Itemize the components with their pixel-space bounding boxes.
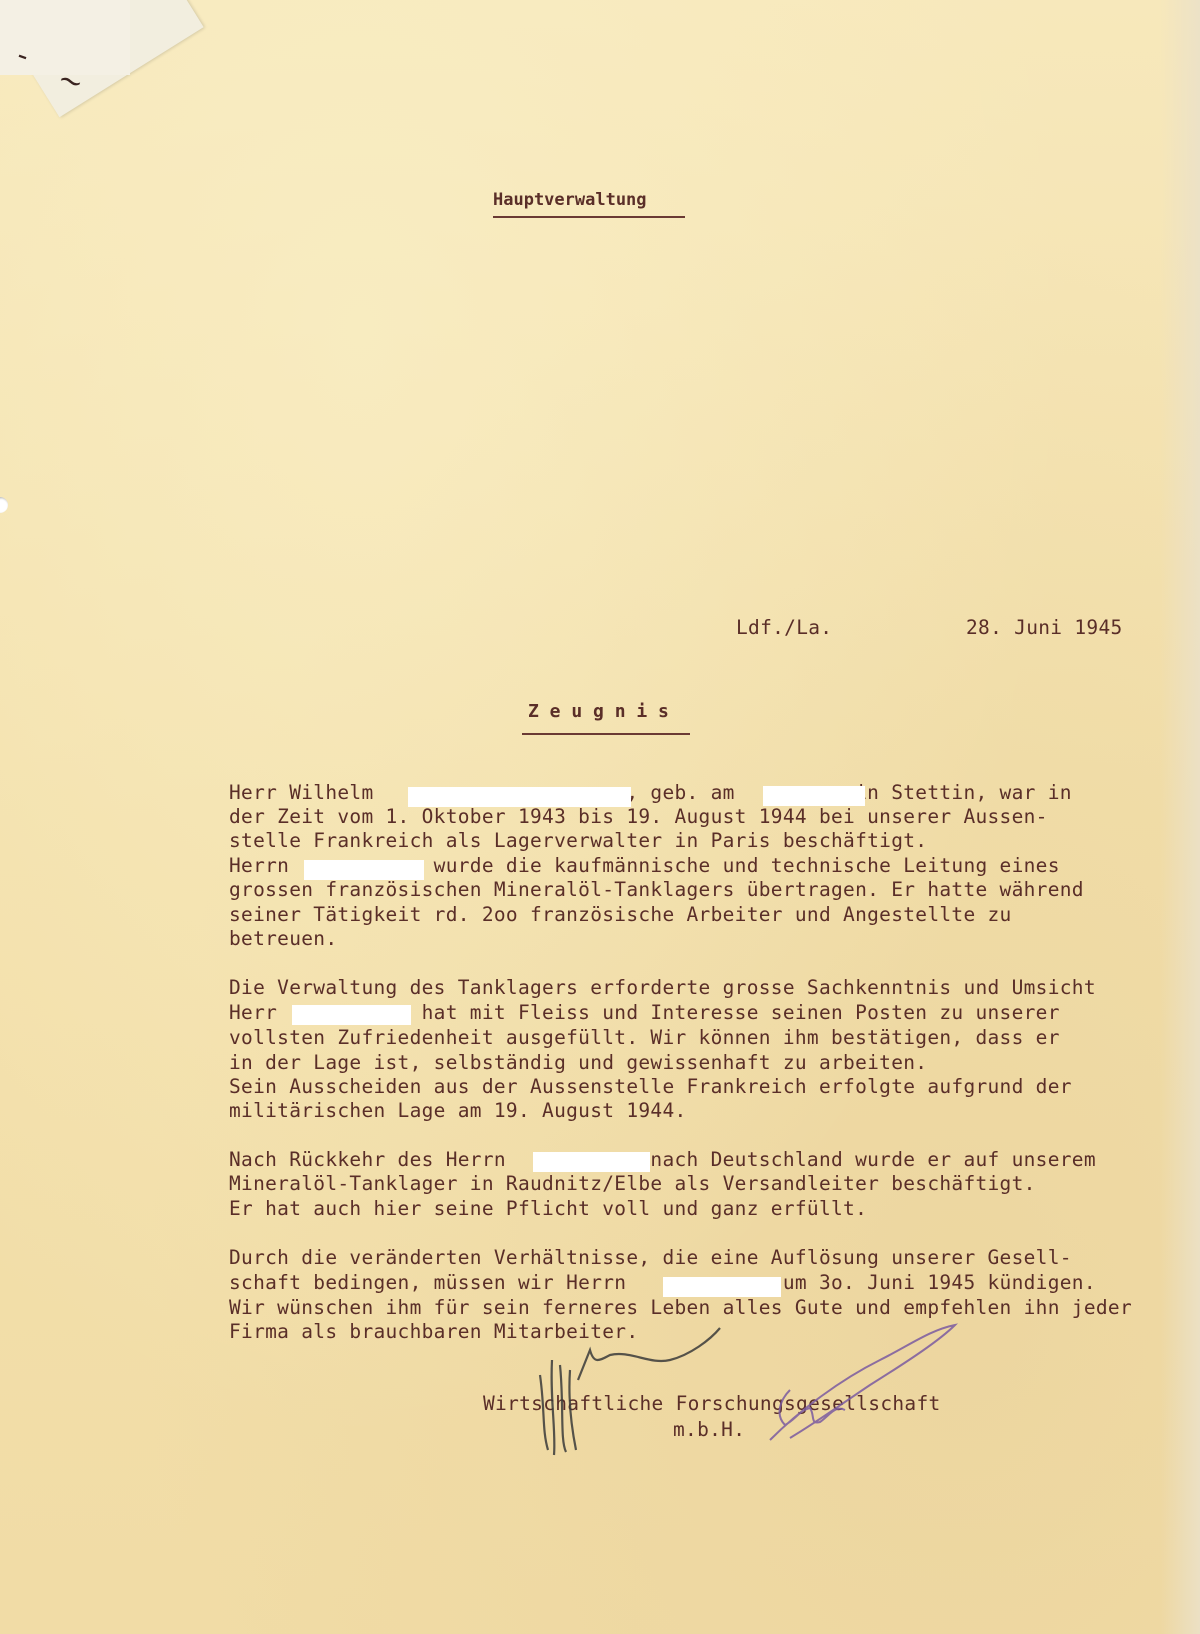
title-underline [522, 733, 690, 735]
body-line: stelle Frankreich als Lagerverwalter in … [229, 829, 927, 853]
heading-underline [493, 216, 685, 218]
body-line: in der Lage ist, selbständig und gewisse… [229, 1051, 927, 1075]
body-line: Nach Rückkehr des Herrn nach Deutschland… [229, 1148, 1096, 1172]
body-line: Er hat auch hier seine Pflicht voll und … [229, 1197, 867, 1221]
document-title: Z e u g n i s [528, 701, 669, 722]
body-line: Herr Wilhelm , geb. am in Stettin, war i… [229, 781, 1072, 805]
redaction-surname [533, 1152, 650, 1172]
body-line: Wir wünschen ihm für sein ferneres Leben… [229, 1296, 1132, 1320]
redaction-surname [663, 1277, 781, 1297]
document-date: 28. Juni 1945 [966, 616, 1123, 640]
body-line: betreuen. [229, 927, 337, 951]
redaction-birth-date [763, 786, 865, 806]
body-line: Sein Ausscheiden aus der Aussenstelle Fr… [229, 1075, 1072, 1099]
redaction-surname [304, 860, 424, 880]
body-line: vollsten Zufriedenheit ausgefüllt. Wir k… [229, 1026, 1060, 1050]
body-line: Die Verwaltung des Tanklagers erforderte… [229, 976, 1096, 1000]
department-heading: Hauptverwaltung [493, 190, 647, 210]
paper-edge [1160, 0, 1200, 1634]
redaction-surname [292, 1005, 411, 1025]
body-line: grossen französischen Mineralöl-Tanklage… [229, 878, 1084, 902]
reference-code: Ldf./La. [736, 616, 832, 640]
redaction-surname [408, 787, 631, 807]
body-line: seiner Tätigkeit rd. 2oo französische Ar… [229, 903, 1012, 927]
pencil-signature [520, 1320, 800, 1480]
body-line: militärischen Lage am 19. August 1944. [229, 1099, 687, 1123]
body-line: Mineralöl-Tanklager in Raudnitz/Elbe als… [229, 1172, 1036, 1196]
body-line: Durch die veränderten Verhältnisse, die … [229, 1246, 1072, 1270]
ink-signature [760, 1320, 980, 1450]
body-line: der Zeit vom 1. Oktober 1943 bis 19. Aug… [229, 805, 1048, 829]
